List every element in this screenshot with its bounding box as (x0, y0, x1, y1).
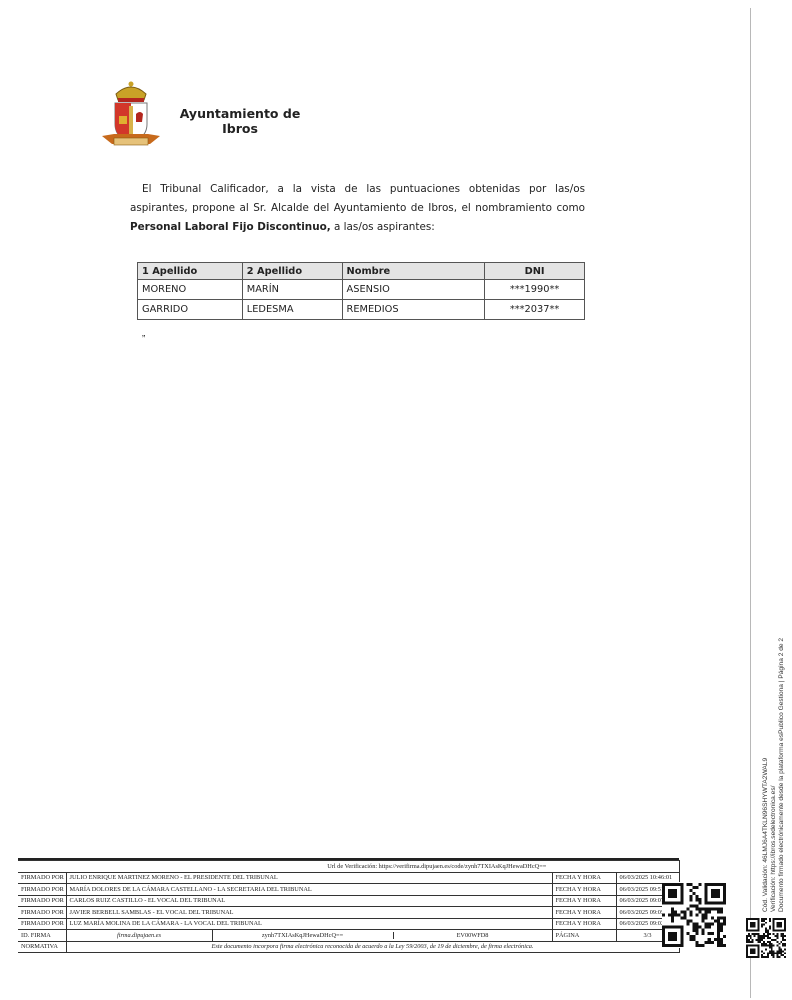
signature-id-label: ID. FIRMA (18, 930, 66, 942)
coat-of-arms-icon (100, 78, 162, 150)
cell-dni: ***2037** (485, 300, 585, 320)
org-name-line2: Ibros (222, 121, 258, 136)
cell-nombre: REMEDIOS (342, 300, 485, 320)
table-row: GARRIDO LEDESMA REMEDIOS ***2037** (138, 300, 585, 320)
signed-by-label: FIRMADO POR (18, 918, 66, 930)
qr-code-icon (662, 882, 726, 948)
page-edge-line (750, 8, 751, 998)
validation-code: Cód. Validación: 46LMJ6A4TKLN96SHYWTA2WA… (762, 612, 770, 912)
signature-id-cell: zynh7TXIAsKqJHewaDHcQ== EV00WFD8 (212, 930, 552, 942)
header-nombre: Nombre (342, 263, 485, 280)
signature-row: FIRMADO POR MARÍA DOLORES DE LA CÁMARA C… (18, 884, 679, 896)
org-name-line1: Ayuntamiento de (180, 106, 301, 121)
date-label: FECHA Y HORA (552, 872, 616, 884)
signature-short-code: EV00WFD8 (394, 932, 552, 939)
signature-code: zynh7TXIAsKqJHewaDHcQ== (213, 932, 394, 939)
table-row: MORENO MARÍN ASENSIO ***1990** (138, 280, 585, 300)
header-apellido2: 2 Apellido (242, 263, 342, 280)
signer-name: MARÍA DOLORES DE LA CÁMARA CASTELLANO - … (66, 884, 552, 896)
verification-url[interactable]: Url de Verificación: https://verifirma.d… (18, 861, 679, 873)
platform-note: Documento firmado electrónicamente desde… (778, 612, 786, 912)
signer-name: JULIO ENRIQUE MARTINEZ MORENO - EL PRESI… (66, 872, 552, 884)
regulation-row: NORMATIVA Este documento incorpora firma… (18, 941, 679, 953)
signature-id-row: ID. FIRMA firma.dipujaen.es zynh7TXIAsKq… (18, 930, 679, 942)
header-apellido1: 1 Apellido (138, 263, 243, 280)
organization-name: Ayuntamiento de Ibros (170, 106, 310, 136)
qr-code-icon (746, 918, 786, 958)
cell-apellido2: MARÍN (242, 280, 342, 300)
signed-by-label: FIRMADO POR (18, 884, 66, 896)
signature-block: Url de Verificación: https://verifirma.d… (18, 858, 679, 953)
closing-quote: ” (142, 334, 145, 345)
para-bold-text: Personal Laboral Fijo Discontinuo, (130, 221, 331, 233)
verification-link[interactable]: Verificación: https://ibros.sedelectroni… (770, 612, 778, 912)
date-label: FECHA Y HORA (552, 907, 616, 919)
signer-name: CARLOS RUIZ CASTILLO - EL VOCAL DEL TRIB… (66, 895, 552, 907)
regulation-text: Este documento incorpora firma electróni… (66, 941, 679, 953)
para-text-1: El Tribunal Calificador, a la vista de l… (130, 183, 585, 214)
para-text-2: a las/os aspirantes: (331, 221, 435, 233)
regulation-label: NORMATIVA (18, 941, 66, 953)
candidates-table: 1 Apellido 2 Apellido Nombre DNI MORENO … (137, 262, 585, 320)
signature-table: Url de Verificación: https://verifirma.d… (18, 860, 680, 953)
signature-host: firma.dipujaen.es (66, 930, 212, 942)
signature-row: FIRMADO POR LUZ MARÍA MOLINA DE LA CÁMAR… (18, 918, 679, 930)
cell-apellido1: GARRIDO (138, 300, 243, 320)
proposal-paragraph: El Tribunal Calificador, a la vista de l… (130, 180, 585, 237)
date-label: FECHA Y HORA (552, 884, 616, 896)
date-label: FECHA Y HORA (552, 895, 616, 907)
date-label: FECHA Y HORA (552, 918, 616, 930)
signer-name: LUZ MARÍA MOLINA DE LA CÁMARA - LA VOCAL… (66, 918, 552, 930)
header: Ayuntamiento de Ibros (100, 78, 360, 153)
cell-nombre: ASENSIO (342, 280, 485, 300)
page-label: PÁGINA (552, 930, 616, 942)
cell-apellido2: LEDESMA (242, 300, 342, 320)
verification-url-row: Url de Verificación: https://verifirma.d… (18, 861, 679, 873)
cell-dni: ***1990** (485, 280, 585, 300)
cell-apellido1: MORENO (138, 280, 243, 300)
signature-row: FIRMADO POR JAVIER BERBELL SAMBLAS - EL … (18, 907, 679, 919)
signature-row: FIRMADO POR JULIO ENRIQUE MARTINEZ MOREN… (18, 872, 679, 884)
signed-by-label: FIRMADO POR (18, 907, 66, 919)
signed-by-label: FIRMADO POR (18, 872, 66, 884)
signature-row: FIRMADO POR CARLOS RUIZ CASTILLO - EL VO… (18, 895, 679, 907)
validation-sidebar: Cód. Validación: 46LMJ6A4TKLN96SHYWTA2WA… (762, 612, 786, 912)
table-header-row: 1 Apellido 2 Apellido Nombre DNI (138, 263, 585, 280)
signed-by-label: FIRMADO POR (18, 895, 66, 907)
signer-name: JAVIER BERBELL SAMBLAS - EL VOCAL DEL TR… (66, 907, 552, 919)
header-dni: DNI (485, 263, 585, 280)
